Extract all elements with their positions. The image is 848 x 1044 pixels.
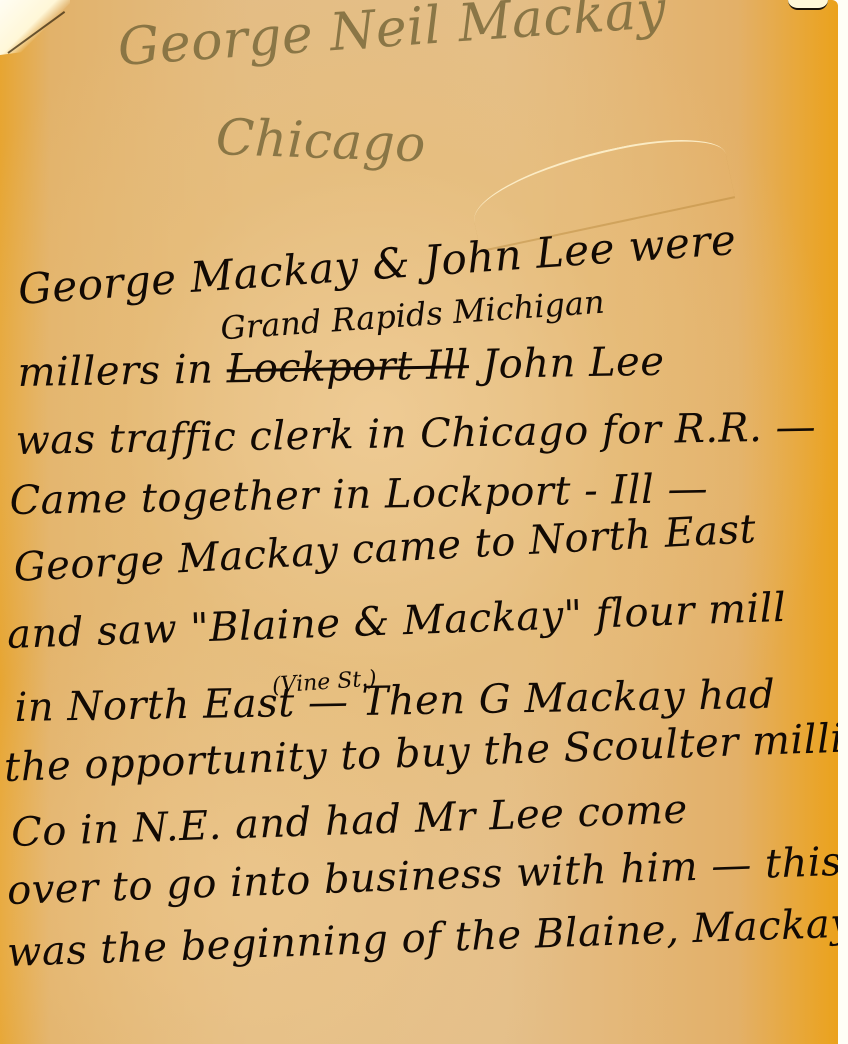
note-line-2: millers in Lockport Ill John Lee bbox=[17, 339, 665, 396]
note-line-3: was traffic clerk in Chicago for R.R. — bbox=[15, 404, 816, 464]
scan-margin bbox=[838, 0, 848, 1044]
header-city: Chicago bbox=[215, 108, 427, 173]
curled-corner bbox=[788, 0, 828, 10]
note-line-2-pre: millers in bbox=[17, 346, 227, 396]
note-line-6: and saw "Blaine & Mackay" flour mill bbox=[6, 585, 787, 658]
note-line-2-post: John Lee bbox=[469, 339, 665, 388]
torn-corner bbox=[0, 0, 70, 55]
note-line-9: Co in N.E. and had Mr Lee come bbox=[10, 786, 688, 856]
struck-out-text: Lockport Ill bbox=[226, 342, 469, 392]
header-name: George Neil Mackay bbox=[116, 0, 668, 78]
paper-sheet: George Neil Mackay Chicago George Mackay… bbox=[0, 0, 838, 1044]
